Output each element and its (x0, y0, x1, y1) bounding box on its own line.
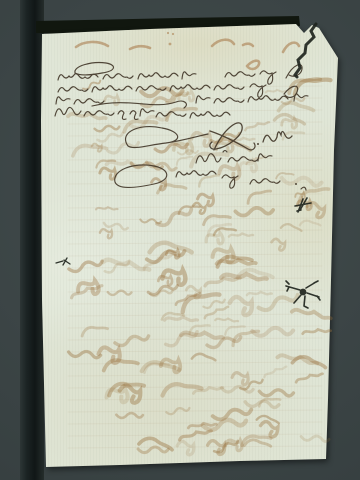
bleed-stroke (245, 400, 279, 408)
bleed-hairline (68, 302, 322, 304)
bleed-stroke (295, 371, 322, 384)
bleed-hairline (68, 254, 322, 256)
handwriting-line-1 (58, 63, 302, 85)
bleed-stroke (302, 328, 330, 335)
scribble-left-margin (56, 258, 70, 265)
bleed-hairline (68, 422, 322, 424)
bleed-stroke (280, 116, 298, 132)
page-artwork-layer (0, 0, 360, 480)
spider-blot-right-middle (286, 281, 320, 308)
bleed-stroke (244, 440, 271, 447)
bleed-stroke (103, 222, 128, 230)
bleed-stroke (166, 406, 190, 415)
bleed-stroke (218, 162, 241, 183)
bleed-stroke (266, 89, 287, 93)
bleed-stroke (80, 323, 107, 336)
bleed-stroke (161, 380, 202, 396)
bleed-stroke (215, 318, 238, 321)
bleed-stroke (192, 202, 206, 214)
bleed-hairline (68, 314, 322, 316)
bleed-stroke (156, 206, 192, 228)
bleed-stroke (264, 364, 287, 378)
bleed-stroke (192, 353, 216, 360)
bleed-stroke (229, 297, 252, 315)
scan-background (0, 0, 360, 480)
bleed-stroke (271, 238, 286, 250)
bleed-hairline (68, 278, 322, 280)
bleed-stroke (301, 435, 329, 442)
bleed-stroke (259, 421, 279, 438)
bleed-stroke (232, 372, 249, 386)
bleed-through-layer (68, 72, 331, 455)
bleed-stroke (116, 413, 143, 418)
bleed-stroke (245, 120, 270, 132)
bleed-stroke (104, 93, 120, 108)
bleed-stroke (191, 131, 212, 149)
bleed-hairline (68, 374, 322, 376)
bleed-stroke (235, 207, 273, 216)
bleed-stroke (281, 176, 321, 186)
bleed-stroke (206, 219, 231, 235)
bleed-stroke (71, 141, 106, 156)
bleed-stroke (177, 441, 194, 455)
bleed-hairline (68, 218, 322, 220)
bleed-stroke (164, 316, 197, 321)
bleed-hairline (68, 350, 322, 352)
bleed-hairline (68, 338, 322, 340)
corner-tear-ink (295, 24, 316, 77)
bleed-stroke (99, 166, 116, 180)
bleed-stroke (68, 258, 102, 273)
bleed-stroke (100, 228, 113, 239)
bleed-stroke (275, 171, 293, 179)
bleed-stroke (94, 125, 119, 132)
bleed-stroke (97, 131, 123, 143)
bleed-hairline (68, 266, 322, 268)
bleed-hairline (68, 86, 322, 88)
bleed-stroke (247, 291, 272, 296)
bleed-stroke (203, 298, 225, 310)
bleed-stroke (68, 113, 106, 118)
bleed-stroke (259, 390, 293, 396)
bleed-hairline (68, 410, 322, 412)
bleed-stroke (300, 221, 321, 226)
bleed-stroke (229, 232, 253, 237)
bleed-hairline (68, 122, 322, 124)
bleed-stroke (204, 304, 228, 319)
bleed-stroke (202, 211, 230, 224)
bleed-hairline (68, 194, 322, 196)
